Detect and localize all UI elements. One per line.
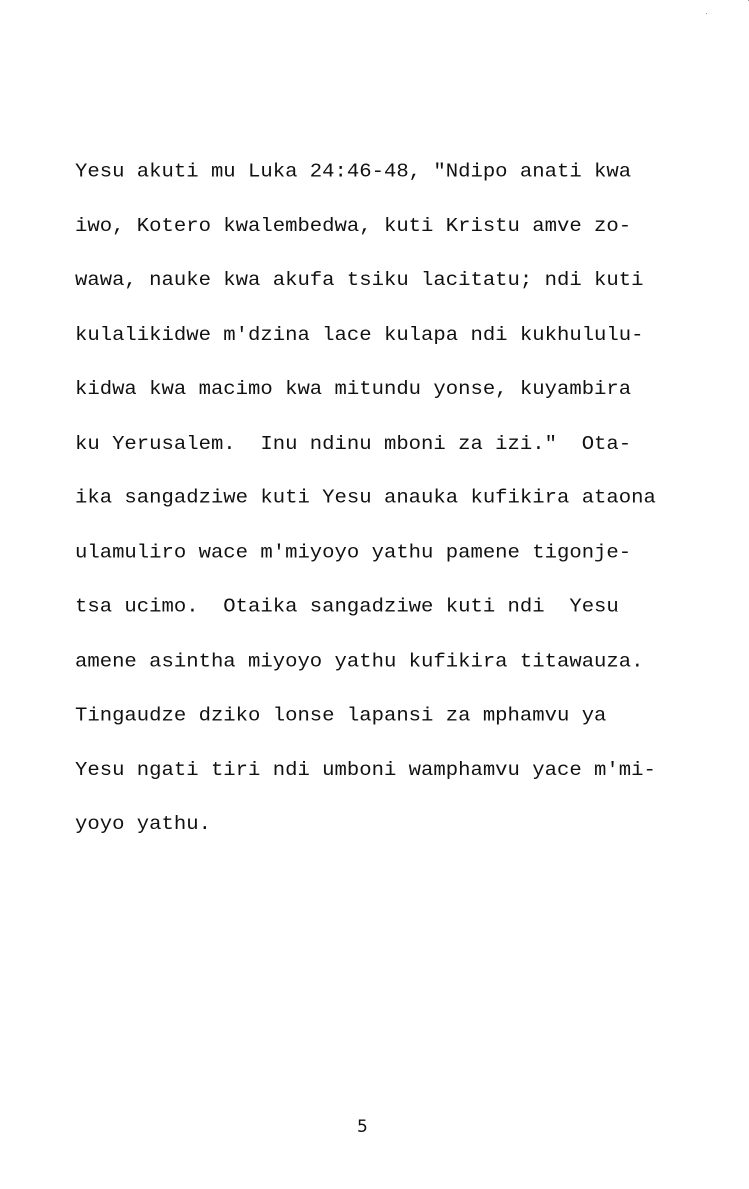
paragraph-line: yoyo yathu. xyxy=(75,816,656,834)
paragraph-line: kulalikidwe m'dzina lace kulapa ndi kukh… xyxy=(75,326,656,344)
paragraph-line: ku Yerusalem. Inu ndinu mboni za izi." O… xyxy=(75,435,656,453)
scan-speck xyxy=(617,611,618,612)
paragraph-line: ika sangadziwe kuti Yesu anauka kufikira… xyxy=(75,490,656,508)
paragraph-line: wawa, nauke kwa akufa tsiku lacitatu; nd… xyxy=(75,272,656,290)
scan-speck xyxy=(706,13,707,14)
document-page: Yesu akuti mu Luka 24:46-48, "Ndipo anat… xyxy=(0,0,749,1189)
paragraph-line: Tingaudze dziko lonse lapansi za mphamvu… xyxy=(75,707,656,725)
paragraph-line: Yesu ngati tiri ndi umboni wamphamvu yac… xyxy=(75,762,656,780)
page-number: 5 xyxy=(357,1117,368,1137)
paragraph-line: ulamuliro wace m'miyoyo yathu pamene tig… xyxy=(75,544,656,562)
paragraph-line: amene asintha miyoyo yathu kufikira tita… xyxy=(75,653,656,671)
paragraph-line: kidwa kwa macimo kwa mitundu yonse, kuya… xyxy=(75,381,656,399)
body-paragraph: Yesu akuti mu Luka 24:46-48, "Ndipo anat… xyxy=(75,127,656,871)
paragraph-line: Yesu akuti mu Luka 24:46-48, "Ndipo anat… xyxy=(75,163,656,181)
paragraph-line: tsa ucimo. Otaika sangadziwe kuti ndi Ye… xyxy=(75,599,656,617)
paragraph-line: iwo, Kotero kwalembedwa, kuti Kristu amv… xyxy=(75,218,656,236)
